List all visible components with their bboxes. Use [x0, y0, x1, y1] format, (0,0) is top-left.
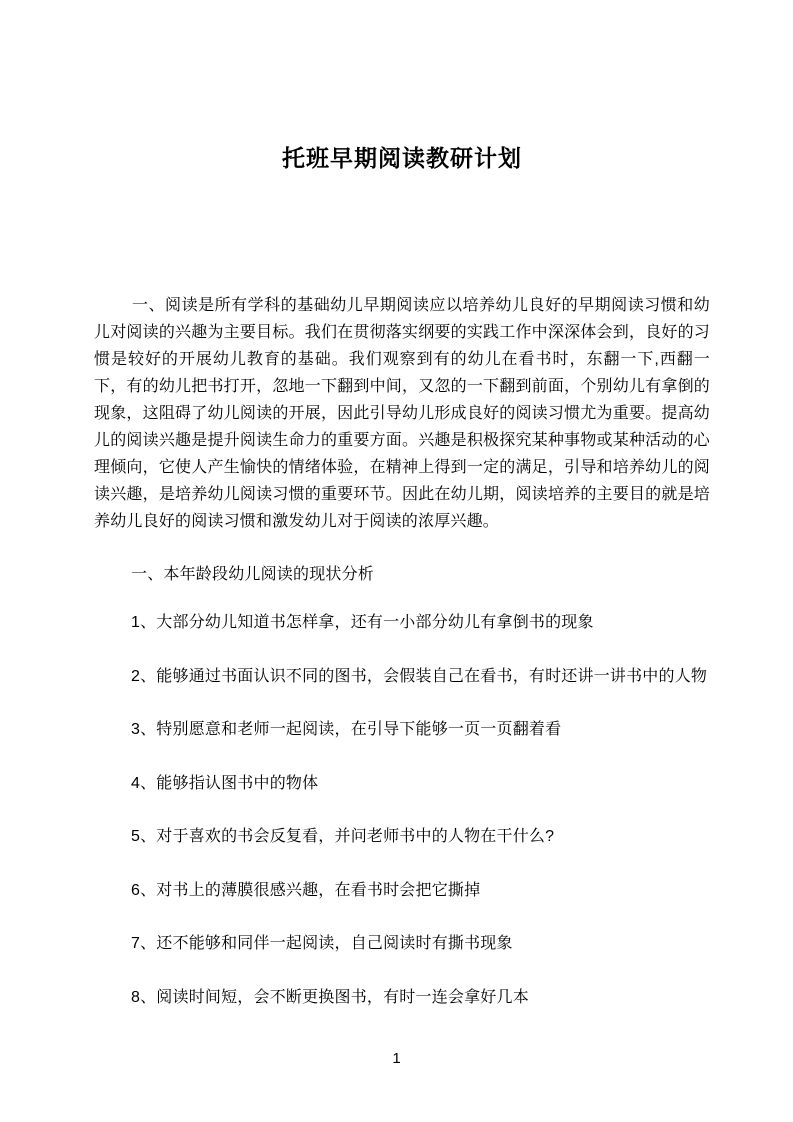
list-item: 2、能够通过书面认识不同的图书，会假装自己在看书，有时还讲一讲书中的人物 [94, 663, 710, 690]
document-page: 托班早期阅读教研计划 一、阅读是所有学科的基础幼儿早期阅读应以培养幼儿良好的早期… [0, 0, 793, 1122]
page-number: 1 [0, 1050, 793, 1068]
document-content: 托班早期阅读教研计划 一、阅读是所有学科的基础幼儿早期阅读应以培养幼儿良好的早期… [0, 141, 793, 1011]
list-item: 6、对书上的薄膜很感兴趣，在看书时会把它撕掉 [94, 877, 710, 904]
section-heading: 一、本年龄段幼儿阅读的现状分析 [94, 561, 710, 588]
list-item: 1、大部分幼儿知道书怎样拿，还有一小部分幼儿有拿倒书的现象 [94, 609, 710, 636]
list-item: 5、对于喜欢的书会反复看，并问老师书中的人物在干什么? [94, 823, 710, 850]
document-title: 托班早期阅读教研计划 [94, 141, 710, 175]
intro-paragraph: 一、阅读是所有学科的基础幼儿早期阅读应以培养幼儿良好的早期阅读习惯和幼儿对阅读的… [94, 292, 710, 535]
list-item: 3、特别愿意和老师一起阅读，在引导下能够一页一页翻着看 [94, 716, 710, 743]
list-item: 4、能够指认图书中的物体 [94, 770, 710, 797]
list-item: 8、阅读时间短，会不断更换图书，有时一连会拿好几本 [94, 984, 710, 1011]
list-item: 7、还不能够和同伴一起阅读，自己阅读时有撕书现象 [94, 930, 710, 957]
